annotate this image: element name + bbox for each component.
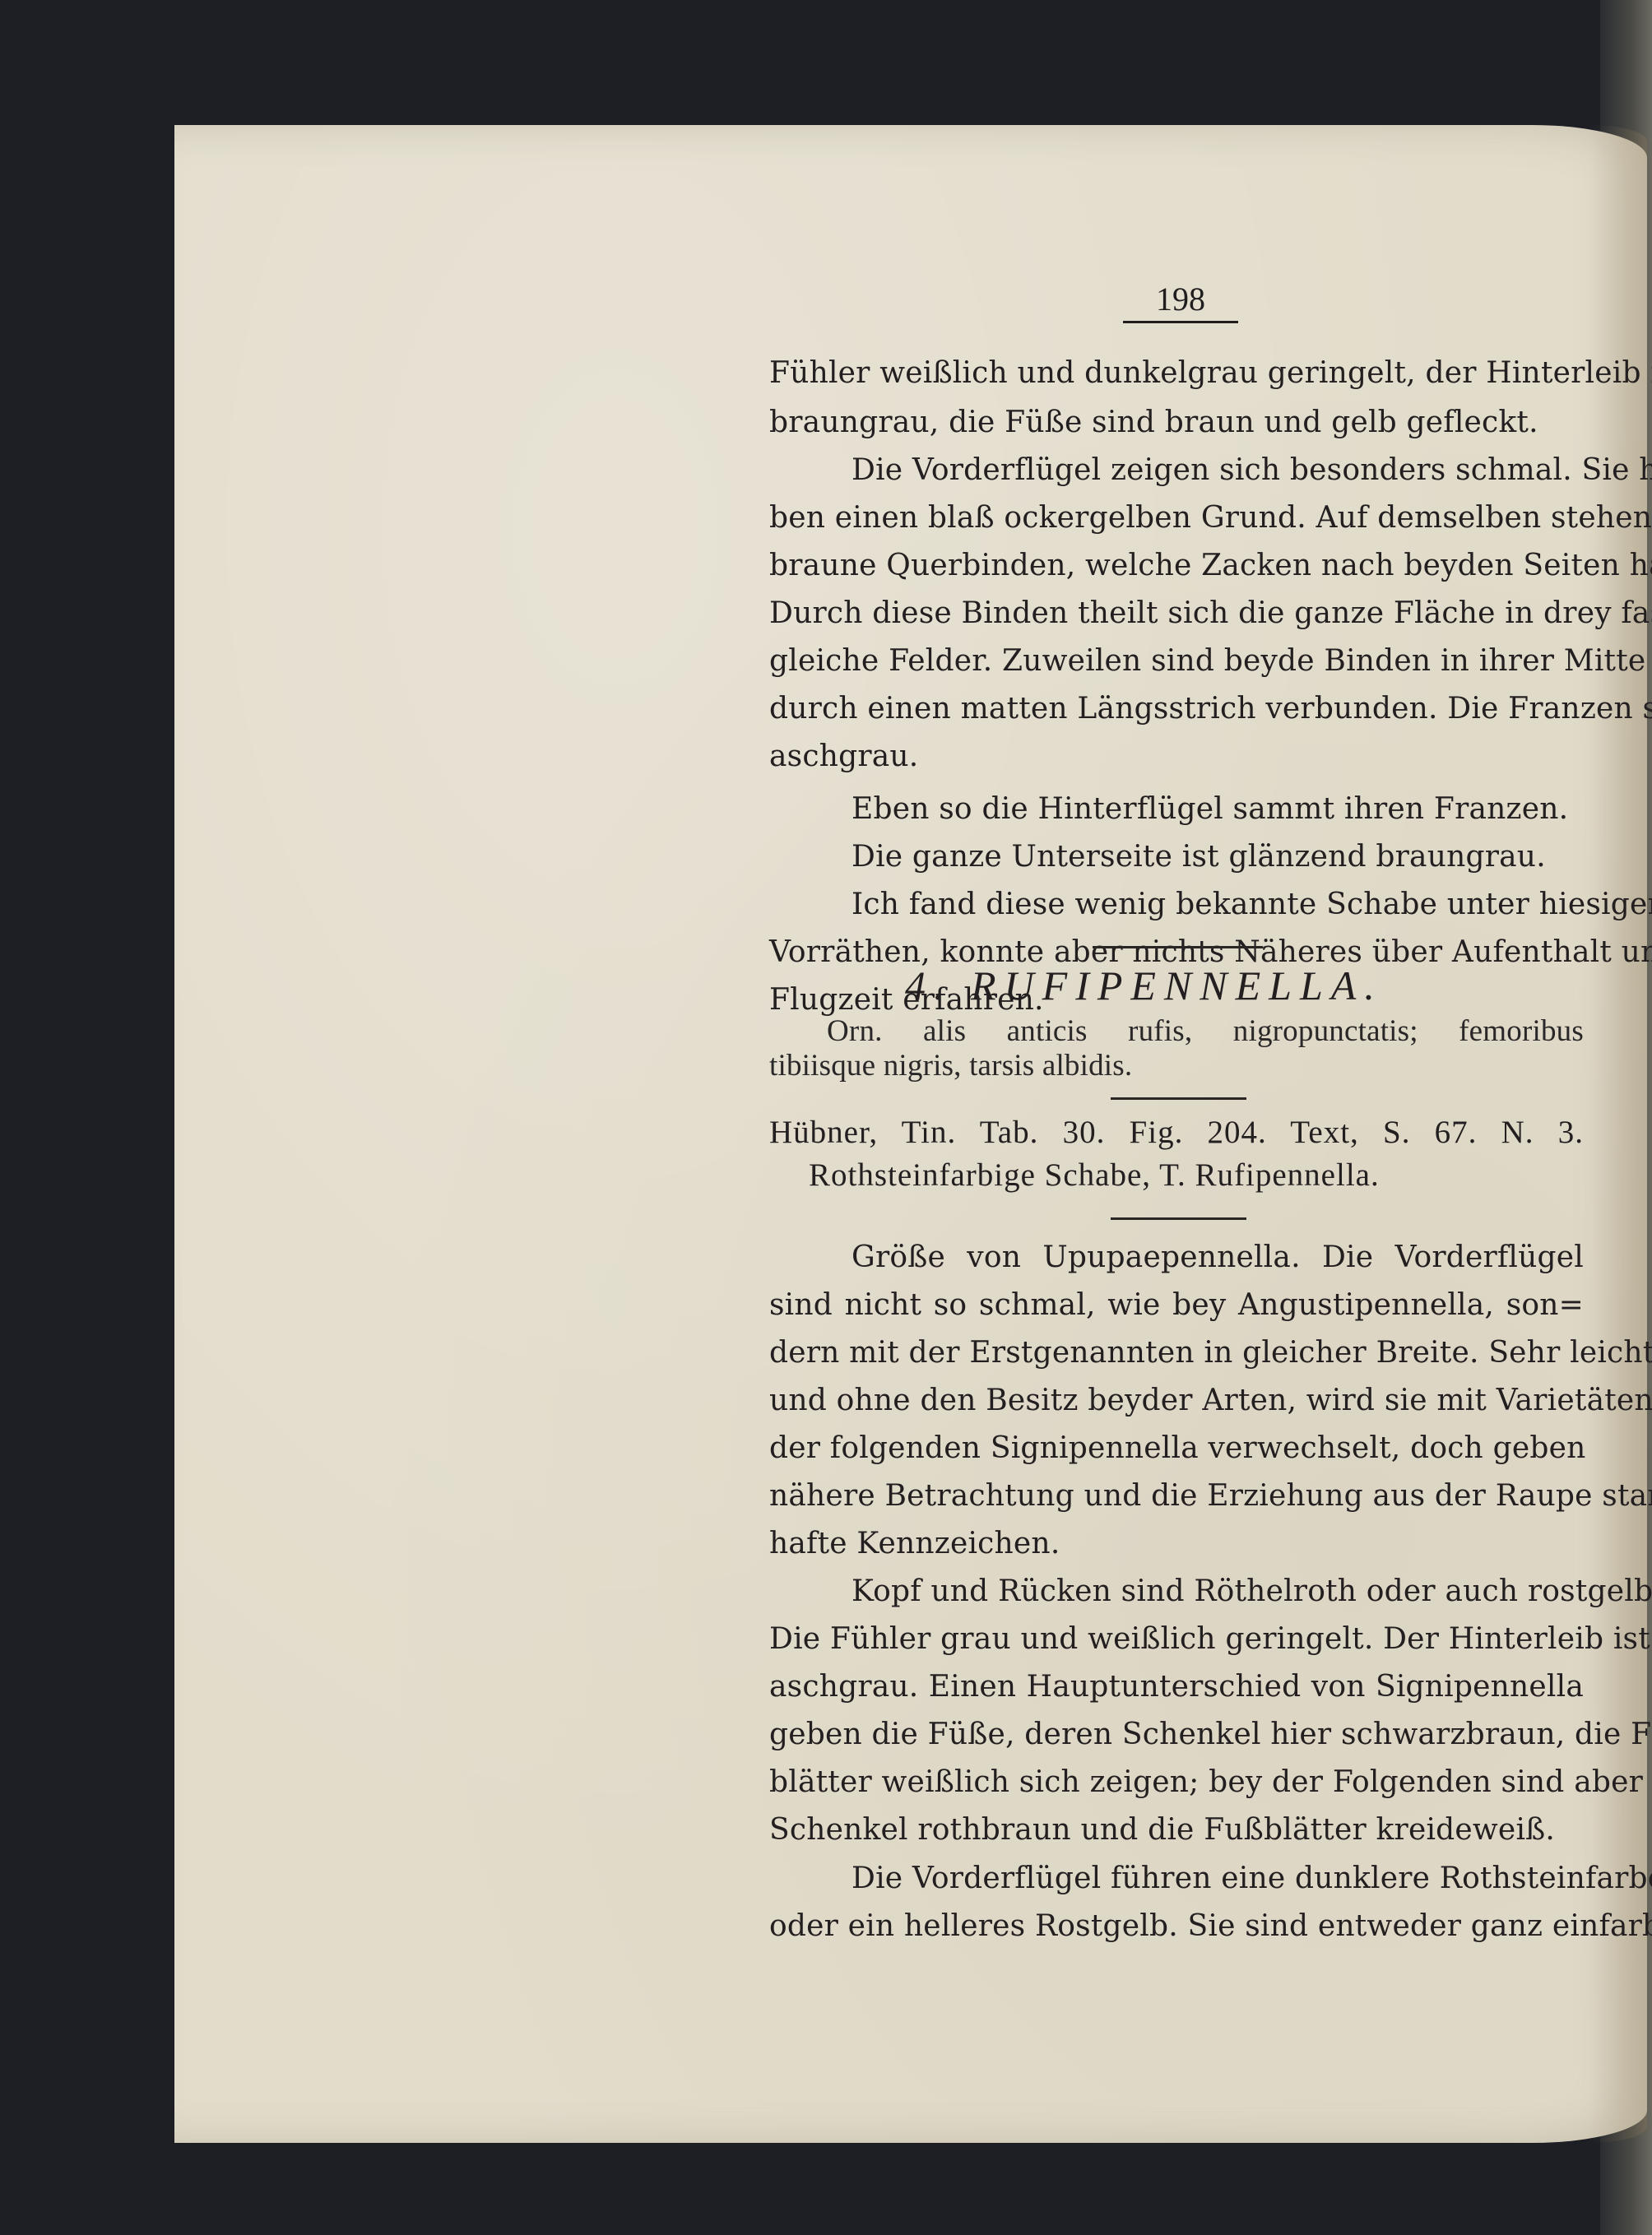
section-rule: [1093, 946, 1263, 948]
body-line: Größe von Upupaepennella. Die Vorderflüg…: [769, 1238, 1584, 1277]
page-number: 198: [1148, 280, 1213, 318]
body-line: nähere Betrachtung und die Erziehung aus…: [769, 1477, 1584, 1516]
body-line: geben die Füße, deren Schenkel hier schw…: [769, 1715, 1584, 1755]
latin-diagnosis-line: tibiisque nigris, tarsis albidis.: [769, 1046, 1584, 1086]
section-rule: [1111, 1217, 1246, 1220]
page-number-rule: [1123, 321, 1238, 323]
body-line: der folgenden Signipennella verwechselt,…: [769, 1429, 1584, 1468]
body-line: blätter weißlich sich zeigen; bey der Fo…: [769, 1763, 1584, 1802]
body-line: sind nicht so schmal, wie bey Angustipen…: [769, 1286, 1584, 1325]
reference-line: Rothsteinfarbige Schabe, T. Rufipennella…: [769, 1156, 1584, 1195]
body-line: Kopf und Rücken sind Röthelroth oder auc…: [769, 1572, 1584, 1611]
body-line: Durch diese Binden theilt sich die ganze…: [769, 594, 1584, 633]
body-line: braune Querbinden, welche Zacken nach be…: [769, 546, 1584, 586]
body-line: Die Vorderflügel führen eine dunklere Ro…: [769, 1859, 1584, 1899]
body-line: Eben so die Hinterflügel sammt ihren Fra…: [769, 790, 1584, 829]
body-line: und ohne den Besitz beyder Arten, wird s…: [769, 1381, 1584, 1421]
body-line: durch einen matten Längsstrich verbunden…: [769, 689, 1584, 729]
body-line: Die Fühler grau und weißlich geringelt. …: [769, 1620, 1584, 1659]
body-line: Fühler weißlich und dunkelgrau geringelt…: [769, 354, 1584, 393]
body-line: ben einen blaß ockergelben Grund. Auf de…: [769, 498, 1584, 538]
body-line: Ich fand diese wenig bekannte Schabe unt…: [769, 885, 1584, 925]
section-rule: [1111, 1097, 1246, 1100]
page-curl-shadow: [1589, 125, 1647, 2143]
body-line: braungrau, die Füße sind braun und gelb …: [769, 403, 1584, 443]
latin-diagnosis-line: Orn. alis anticis rufis, nigropunctatis;…: [769, 1012, 1584, 1051]
body-line: oder ein helleres Rostgelb. Sie sind ent…: [769, 1907, 1584, 1946]
body-line: Die ganze Unterseite ist glänzend braung…: [769, 837, 1584, 877]
body-line: aschgrau.: [769, 737, 1584, 777]
body-line: aschgrau. Einen Hauptunterschied von Sig…: [769, 1667, 1584, 1707]
body-line: Die Vorderflügel zeigen sich besonders s…: [769, 451, 1584, 490]
reference-line: Hübner, Tin. Tab. 30. Fig. 204. Text, S.…: [769, 1113, 1584, 1152]
species-heading: 4. RUFIPENNELLA.: [905, 961, 1481, 1010]
body-line: Schenkel rothbraun und die Fußblätter kr…: [769, 1811, 1584, 1850]
body-line: gleiche Felder. Zuweilen sind beyde Bind…: [769, 642, 1584, 681]
body-line: dern mit der Erstgenannten in gleicher B…: [769, 1333, 1584, 1373]
body-line: hafte Kennzeichen.: [769, 1524, 1584, 1564]
